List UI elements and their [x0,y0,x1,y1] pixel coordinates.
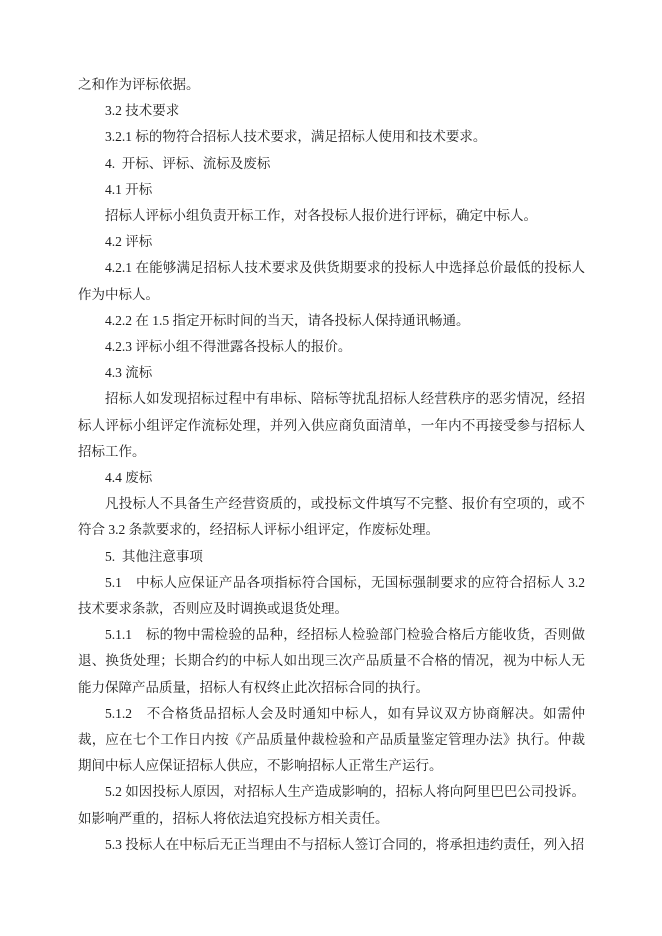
paragraph: 5. 其他注意事项 [78,544,585,570]
paragraph: 之和作为评标依据。 [78,72,585,98]
paragraph: 招标人评标小组负责开标工作，对各投标人报价进行评标，确定中标人。 [78,203,585,229]
paragraph: 招标人如发现招标过程中有串标、陪标等扰乱招标人经营秩序的恶劣情况，经招标人评标小… [78,386,585,465]
paragraph: 5.2 如因投标人原因，对招标人生产造成影响的，招标人将向阿里巴巴公司投诉。如影… [78,779,585,831]
paragraph: 4.2.2 在 1.5 指定开标时间的当天，请各投标人保持通讯畅通。 [78,308,585,334]
paragraph: 4.2 评标 [78,229,585,255]
paragraph: 4. 开标、评标、流标及废标 [78,151,585,177]
paragraph: 4.1 开标 [78,177,585,203]
paragraph: 3.2 技术要求 [78,98,585,124]
paragraph: 5.1.2 不合格货品招标人会及时通知中标人，如有异议双方协商解决。如需仲裁，应… [78,701,585,780]
paragraph: 4.3 流标 [78,360,585,386]
paragraph: 5.1 中标人应保证产品各项指标符合国标，无国标强制要求的应符合招标人 3.2 … [78,570,585,622]
paragraph: 5.1.1 标的物中需检验的品种，经招标人检验部门检验合格后方能收货，否则做退、… [78,622,585,701]
document-page: 之和作为评标依据。3.2 技术要求3.2.1 标的物符合招标人技术要求，满足招标… [0,0,662,936]
paragraph: 3.2.1 标的物符合招标人技术要求，满足招标人使用和技术要求。 [78,124,585,150]
paragraph: 4.2.1 在能够满足招标人技术要求及供货期要求的投标人中选择总价最低的投标人作… [78,255,585,307]
document-body: 之和作为评标依据。3.2 技术要求3.2.1 标的物符合招标人技术要求，满足招标… [78,72,585,858]
paragraph: 5.3 投标人在中标后无正当理由不与招标人签订合同的，将承担违约责任，列入招 [78,832,585,858]
paragraph: 凡投标人不具备生产经营资质的，或投标文件填写不完整、报价有空项的，或不符合 3.… [78,491,585,543]
paragraph: 4.4 废标 [78,465,585,491]
paragraph: 4.2.3 评标小组不得泄露各投标人的报价。 [78,334,585,360]
